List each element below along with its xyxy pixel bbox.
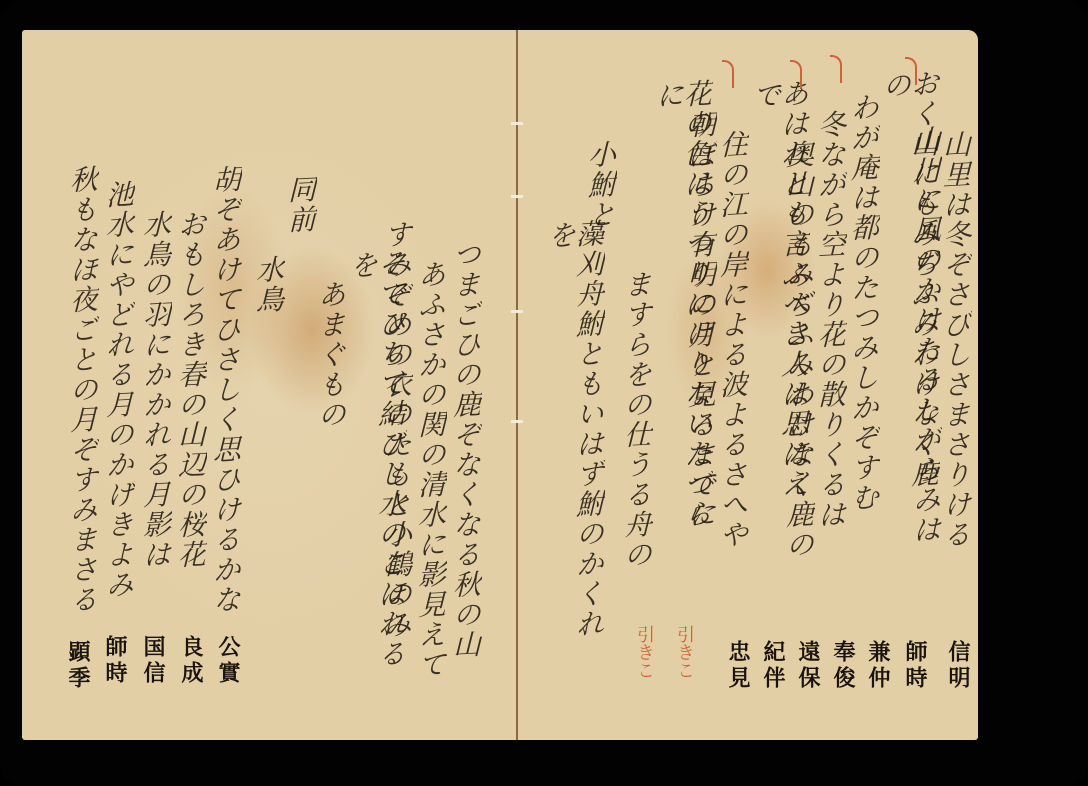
calligraphy-column: おもしろき春の山辺の桜花 — [176, 159, 204, 620]
calligraphy-column: あふさかの関の清水に影見えて — [416, 209, 444, 730]
red-tick-mark — [722, 60, 734, 88]
spine-stitch — [511, 195, 523, 198]
calligraphy-column: 藻刈舟鮒ともいはず鮒のかくれを — [546, 219, 602, 662]
poet-name-label: 信明 — [943, 640, 974, 692]
calligraphy-column: あはれとも言ふべき人は思ほえで — [751, 79, 807, 522]
red-annotation: 引きこ — [631, 625, 657, 679]
red-tick-mark — [830, 55, 842, 83]
red-tick-mark — [905, 57, 917, 85]
calligraphy-column: 池水にやどれる月のかげきよみ — [104, 159, 132, 620]
calligraphy-column: 同前 — [286, 159, 314, 250]
calligraphy-column: つまごひの鹿ぞなくなる秋の山 — [451, 199, 479, 700]
calligraphy-column: 水鳥の羽にかかれる月影は — [141, 159, 169, 620]
poet-name-label: 国信 — [138, 635, 169, 687]
calligraphy-column: 山里は冬ぞさびしさまさりける — [941, 59, 969, 620]
calligraphy-column: 住の江の岸による波よるさへや — [718, 79, 746, 600]
calligraphy-column: 花の色はうつりにけりないたづらに — [654, 79, 710, 552]
calligraphy-column: そでひちて結びし水のこほれるを — [348, 249, 404, 682]
calligraphy-column: 胡ぞあけてひさしく思ひけるかな — [211, 159, 239, 620]
spine-stitch — [511, 420, 523, 423]
spine-stitch — [511, 122, 523, 125]
red-annotation: 引きこ — [671, 625, 697, 679]
calligraphy-column: ますらをの仕うる舟の — [622, 239, 650, 600]
poet-name-label: 紀伴 — [758, 640, 789, 692]
poet-name-label: 師時 — [100, 635, 131, 687]
spine-stitch — [511, 310, 523, 313]
calligraphy-column: あまぐもの — [316, 239, 344, 470]
red-tick-mark — [790, 60, 802, 88]
calligraphy-column: 冬ながら空より花の散りくるは — [816, 79, 844, 560]
calligraphy-column: わが庵は都のたつみしかぞすむ — [849, 77, 877, 528]
calligraphy-column: おく山にもみぢふみわけなく鹿の — [881, 69, 937, 512]
poet-name-label: 師時 — [900, 640, 931, 692]
book-spine — [516, 30, 518, 740]
poet-name-label: 奉俊 — [828, 640, 859, 692]
poet-name-label: 兼仲 — [863, 640, 894, 692]
poet-name-label: 遠保 — [793, 640, 824, 692]
poet-name-label: 忠見 — [723, 640, 754, 692]
poet-name-label: 公實 — [213, 635, 244, 687]
poet-name-label: 良成 — [176, 635, 207, 687]
calligraphy-column: 水鳥 — [254, 239, 282, 330]
poet-name-label: 顕季 — [63, 640, 94, 692]
calligraphy-column: 秋もなほ夜ごとの月ぞすみまさる — [68, 159, 96, 620]
